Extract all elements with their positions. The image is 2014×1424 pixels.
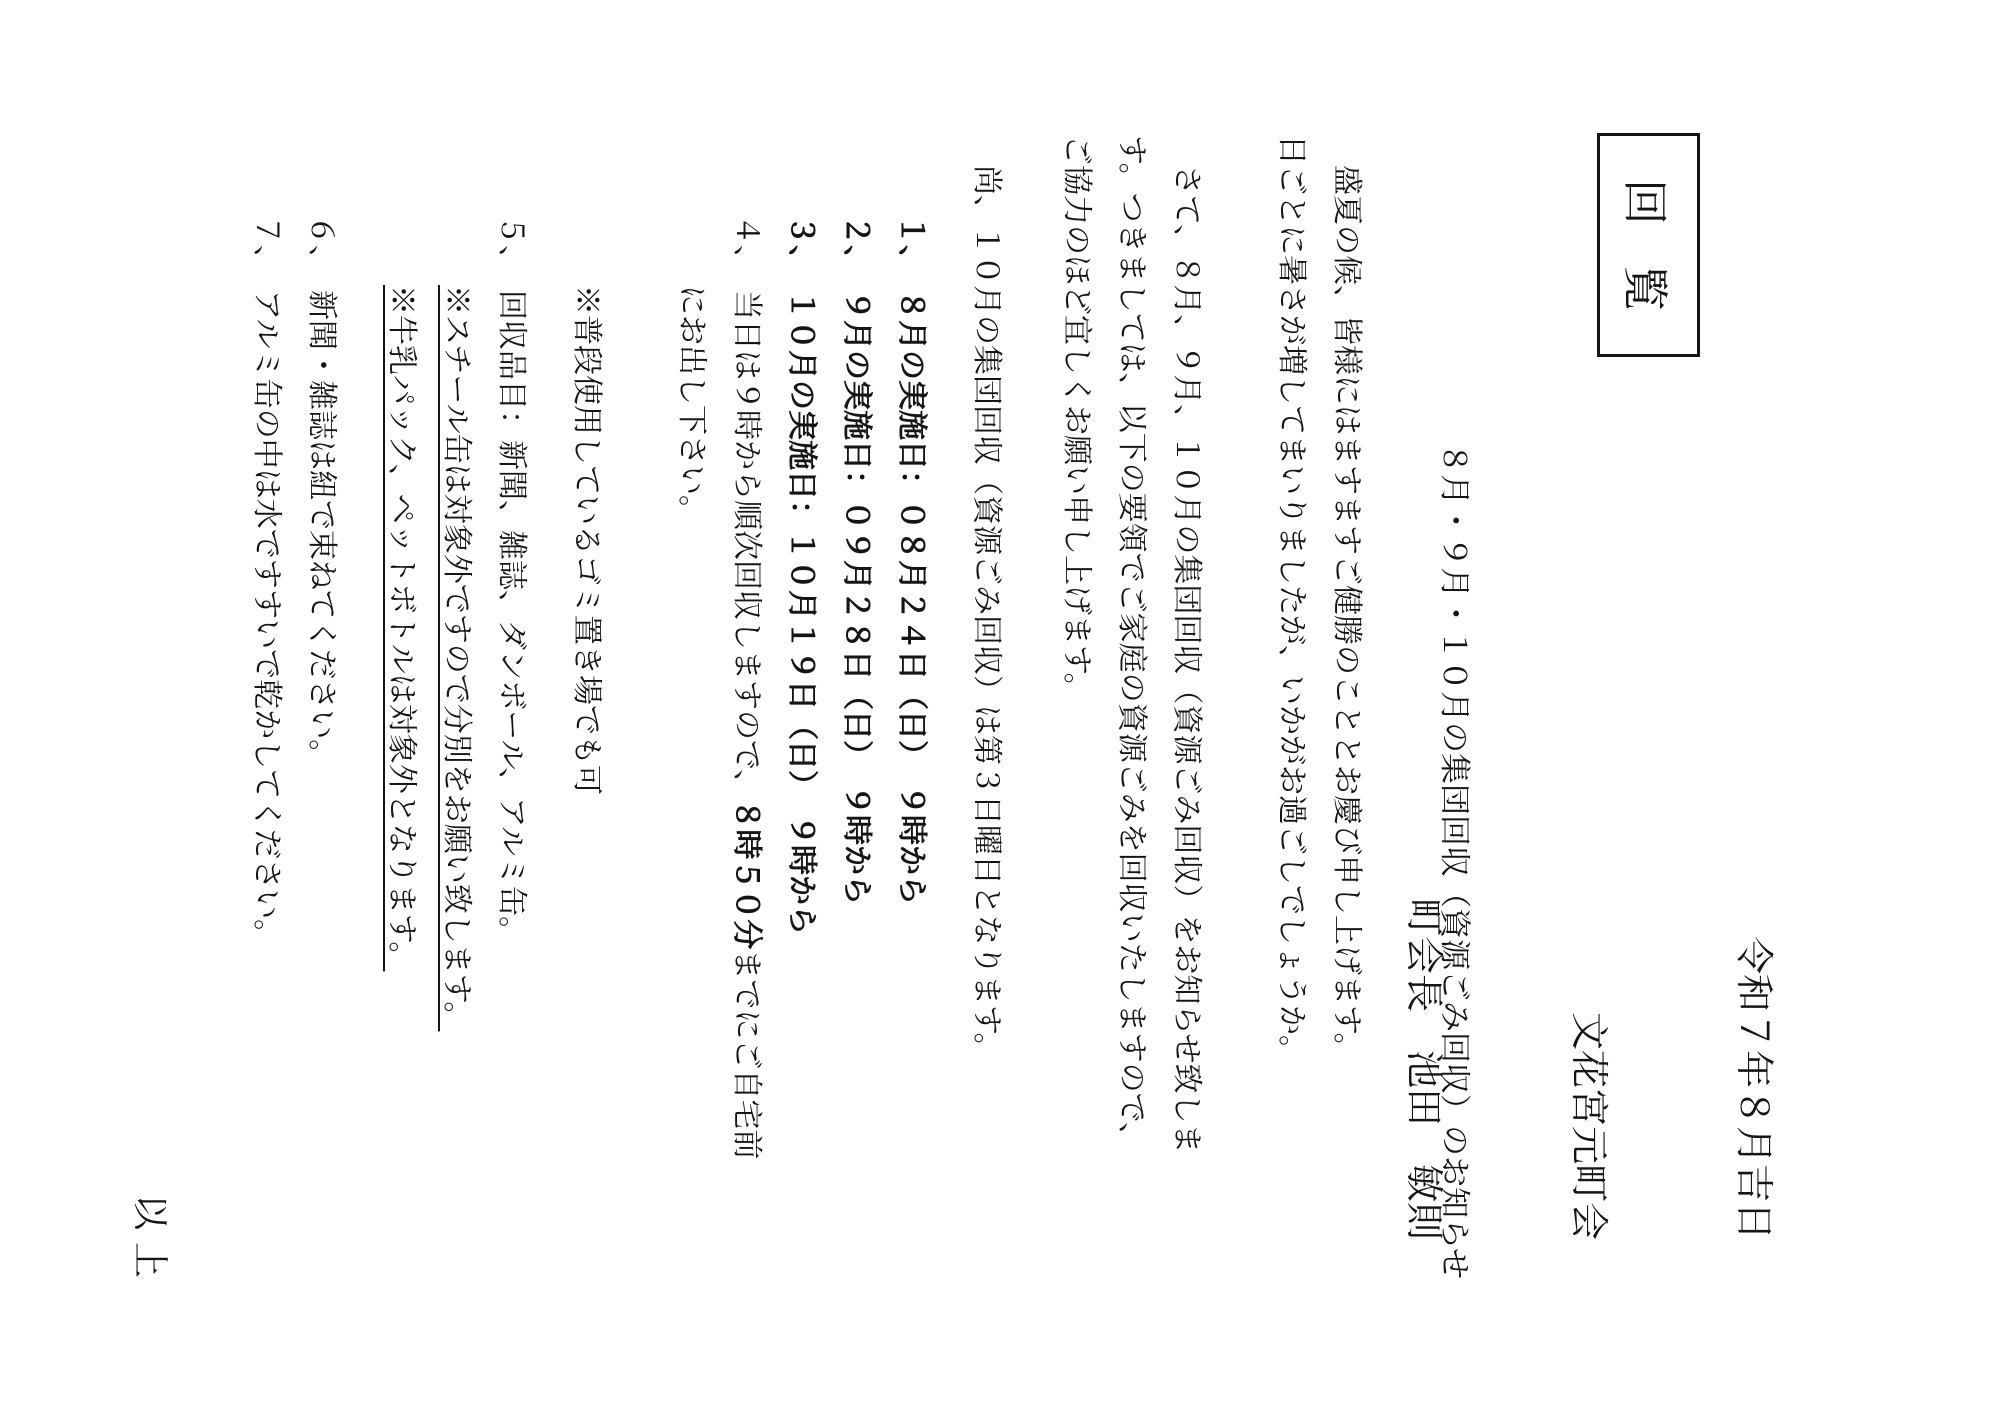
- list-item-3: ３、 １０月の実施日：１０月１９日（日） ９時から: [774, 135, 829, 1159]
- greeting-line-1: 盛夏の候、皆様にはますますご健勝のこととお慶び申し上げます。: [1319, 135, 1374, 1159]
- doc-organization: 文花宮元町会: [1560, 898, 1615, 1240]
- list-item-4-bold-time: ８時５０分: [730, 799, 763, 949]
- announce-line-1: さて、８月、９月、１０月の集団回収（資源ごみ回収）をお知らせ致しま: [1159, 135, 1214, 1159]
- list-item-5: ５、 回収品目：新聞、雑誌、ダンボール、アルミ缶。: [484, 135, 539, 1159]
- circulation-stamp-label: 回覧: [1616, 179, 1682, 351]
- list-item-6: ６、 新聞・雑誌は紐で束ねてください。: [294, 135, 349, 1159]
- doc-date: 令和７年８月吉日: [1725, 898, 1780, 1240]
- list-item-7: ７、 アルミ缶の中は水ですすいで乾かしてください。: [239, 135, 294, 1159]
- document-page: 令和７年８月吉日 文花宮元町会 町会長 池田 敏則 回覧 ８月・９月・１０月の集…: [0, 0, 2014, 1424]
- announce-line-2: す。つきましては、以下の要領でご家庭の資源ごみを回収いたしますので、: [1104, 135, 1159, 1159]
- list-item-4-pre: ４、 当日は９時から順次回収しますので、: [730, 215, 763, 799]
- page-title: ８月・９月・１０月の集団回収（資源ごみ回収）のお知らせ: [1435, 443, 1480, 1279]
- note-october-line: 尚、１０月の集団回収（資源ごみ回収）は第３日曜日となります。: [959, 135, 1014, 1159]
- list-item-4-note: ※普段使用しているゴミ置き場でも可: [559, 135, 614, 1159]
- list-item-4: ４、 当日は９時から順次回収しますので、８時５０分までにご自宅前: [719, 135, 774, 1159]
- header-block: 令和７年８月吉日 文花宮元町会 町会長 池田 敏則: [1285, 898, 1890, 1240]
- announce-line-3: ご協力のほど宜しくお願い申し上げます。: [1049, 135, 1104, 1159]
- list-item-4-post: までにご自宅前: [730, 949, 763, 1159]
- circulation-stamp-box: 回覧: [1597, 133, 1700, 357]
- list-item-2: ２、 ９月の実施日：０９月２８日（日） ９時から: [829, 135, 884, 1159]
- list-item-5-note-milk: ※牛乳パック、ペットボトルは対象外となります。: [374, 135, 429, 1159]
- list-item-1: １、 ８月の実施日：０８月２４日（日） ９時から: [884, 135, 939, 1159]
- body-block: 盛夏の候、皆様にはますますご健勝のこととお慶び申し上げます。 日ごとに暑さが増し…: [239, 135, 1374, 1159]
- closing-label: 以上: [127, 1194, 178, 1290]
- list-item-4-continued: にお出し下さい。: [664, 135, 719, 1159]
- greeting-line-2: 日ごとに暑さが増してまいりましたが、いかがお過ごしでしょうか。: [1264, 135, 1319, 1159]
- list-item-5-note-steel: ※スチール缶は対象外ですので分別をお願い致します。: [429, 135, 484, 1159]
